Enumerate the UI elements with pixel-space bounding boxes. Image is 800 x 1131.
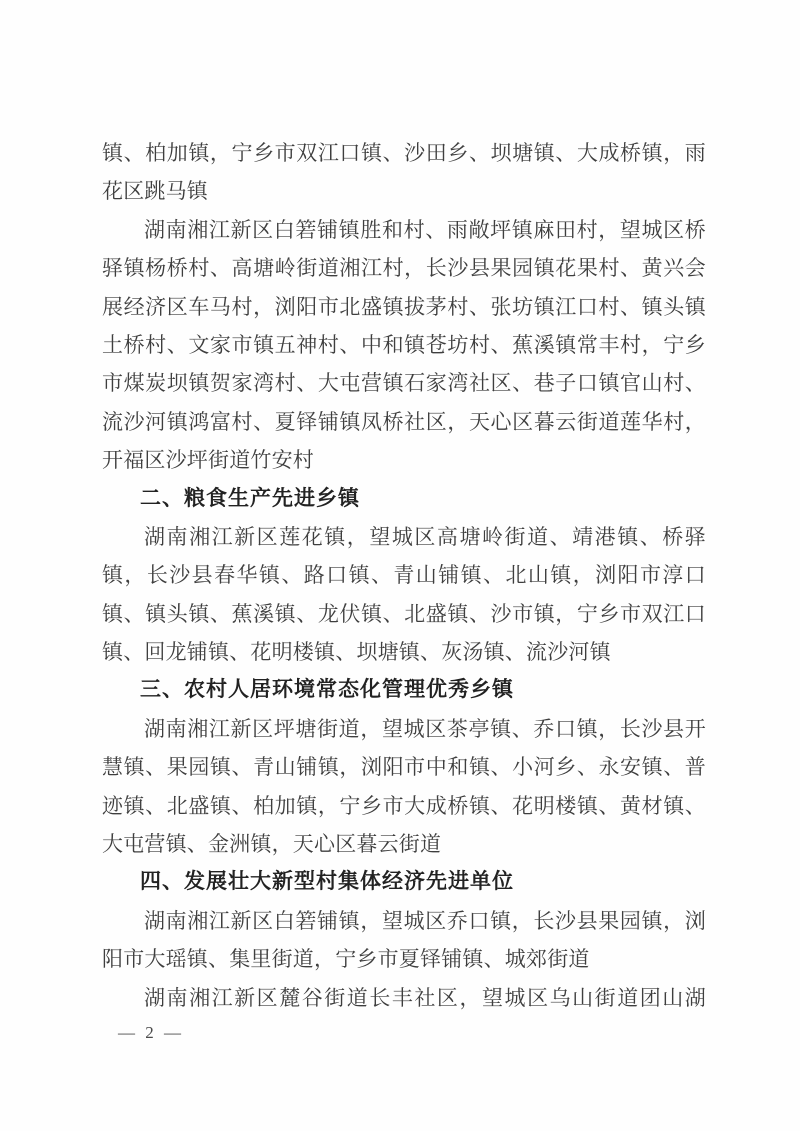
paragraph-line: 湖南湘江新区白箬铺镇，望城区乔口镇，长沙县果园镇，浏: [102, 902, 706, 940]
paragraph-line: 大屯营镇、金洲镇，天心区暮云街道: [102, 825, 706, 863]
paragraph-line: 土桥村、文家市镇五神村、中和镇苍坊村、蕉溪镇常丰村，宁乡: [102, 326, 706, 364]
page-footer: — 2 —: [118, 1022, 184, 1044]
document-page: 镇、柏加镇，宁乡市双江口镇、沙田乡、坝塘镇、大成桥镇，雨花区跳马镇湖南湘江新区白…: [0, 0, 800, 1131]
paragraph-line: 迹镇、北盛镇、柏加镇，宁乡市大成桥镇、花明楼镇、黄材镇、: [102, 787, 706, 825]
paragraph-line: 花区跳马镇: [102, 172, 706, 210]
paragraph-line: 镇、镇头镇、蕉溪镇、龙伏镇、北盛镇、沙市镇，宁乡市双江口: [102, 595, 706, 633]
section-heading: 二、粮食生产先进乡镇: [102, 480, 706, 518]
paragraph-line: 湖南湘江新区坪塘街道，望城区茶亭镇、乔口镇，长沙县开: [102, 710, 706, 748]
paragraph-line: 慧镇、果园镇、青山铺镇，浏阳市中和镇、小河乡、永安镇、普: [102, 748, 706, 786]
document-body: 镇、柏加镇，宁乡市双江口镇、沙田乡、坝塘镇、大成桥镇，雨花区跳马镇湖南湘江新区白…: [102, 134, 706, 1017]
paragraph-line: 阳市大瑶镇、集里街道，宁乡市夏铎铺镇、城郊街道: [102, 940, 706, 978]
paragraph-line: 镇、柏加镇，宁乡市双江口镇、沙田乡、坝塘镇、大成桥镇，雨: [102, 134, 706, 172]
paragraph-line: 湖南湘江新区麓谷街道长丰社区，望城区乌山街道团山湖: [102, 979, 706, 1017]
paragraph-line: 镇，长沙县春华镇、路口镇、青山铺镇、北山镇，浏阳市淳口: [102, 556, 706, 594]
paragraph-line: 镇、回龙铺镇、花明楼镇、坝塘镇、灰汤镇、流沙河镇: [102, 633, 706, 671]
paragraph-line: 湖南湘江新区白箬铺镇胜和村、雨敞坪镇麻田村，望城区桥: [102, 211, 706, 249]
paragraph-line: 湖南湘江新区莲花镇，望城区高塘岭街道、靖港镇、桥驿: [102, 518, 706, 556]
paragraph-line: 流沙河镇鸿富村、夏铎铺镇凤桥社区，天心区暮云街道莲华村，: [102, 403, 706, 441]
paragraph-line: 展经济区车马村，浏阳市北盛镇拔茅村、张坊镇江口村、镇头镇: [102, 288, 706, 326]
paragraph-line: 市煤炭坝镇贺家湾村、大屯营镇石家湾社区、巷子口镇官山村、: [102, 364, 706, 402]
paragraph-line: 驿镇杨桥村、高塘岭街道湘江村，长沙县果园镇花果村、黄兴会: [102, 249, 706, 287]
section-heading: 四、发展壮大新型村集体经济先进单位: [102, 863, 706, 901]
page-number: — 2 —: [118, 1023, 184, 1042]
paragraph-line: 开福区沙坪街道竹安村: [102, 441, 706, 479]
section-heading: 三、农村人居环境常态化管理优秀乡镇: [102, 671, 706, 709]
